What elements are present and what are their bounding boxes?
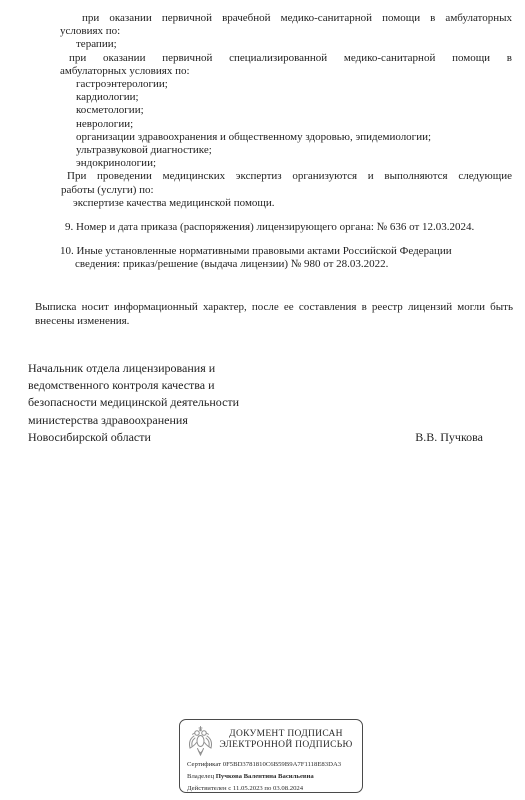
- stamp-certificate-row: Сертификат 0F5BD3781810C6B59B9A7F1118E83…: [187, 759, 358, 771]
- activity-line: эндокринологии;: [60, 157, 512, 170]
- activity-line: экспертизе качества медицинской помощи.: [60, 197, 512, 210]
- item-10-line-2: сведения: приказ/решение (выдача лицензи…: [75, 258, 512, 271]
- electronic-signature-stamp: ДОКУМЕНТ ПОДПИСАН ЭЛЕКТРОННОЙ ПОДПИСЬЮ С…: [179, 719, 363, 793]
- note-line-1: Выписка носит информационный характер, п…: [35, 301, 513, 315]
- signer-title-line: Начальник отдела лицензирования и: [28, 360, 483, 377]
- stamp-header: ДОКУМЕНТ ПОДПИСАН ЭЛЕКТРОННОЙ ПОДПИСЬЮ: [180, 720, 362, 757]
- stamp-details: Сертификат 0F5BD3781810C6B59B9A7F1118E83…: [180, 757, 362, 796]
- scanned-license-page: при оказании первичной врачебной медико-…: [0, 0, 525, 800]
- activity-line: терапии;: [60, 38, 512, 51]
- signer-title-line: министерства здравоохранения: [28, 412, 483, 429]
- certificate-label: Сертификат: [187, 761, 221, 768]
- signer-name: В.В. Пучкова: [415, 429, 483, 446]
- note-line-2: внесены изменения.: [35, 315, 513, 329]
- owner-name: Пучкова Валентина Васильевна: [216, 773, 314, 780]
- activity-line: гастроэнтерологии;: [60, 78, 512, 91]
- signature-row: Новосибирской области В.В. Пучкова: [28, 429, 483, 446]
- activity-line: При проведении медицинских экспертиз орг…: [60, 170, 512, 183]
- activity-line: работы (услуги) по:: [60, 184, 512, 197]
- signer-title-line: ведомственного контроля качества и: [28, 377, 483, 394]
- activity-line: условиях по:: [60, 25, 512, 38]
- signature-block: Начальник отдела лицензирования и ведомс…: [28, 360, 483, 446]
- item-9-order-number: 9. Номер и дата приказа (распоряжения) л…: [65, 221, 515, 234]
- activity-line: при оказании первичной врачебной медико-…: [60, 12, 512, 25]
- owner-label: Владелец: [187, 773, 214, 780]
- stamp-title-line-2: ЭЛЕКТРОННОЙ ПОДПИСЬЮ: [214, 740, 358, 751]
- item-10-other-info: 10. Иные установленные нормативными прав…: [60, 245, 512, 271]
- activity-line: ультразвуковой диагностике;: [60, 144, 512, 157]
- signer-title-line: безопасности медицинской деятельности: [28, 394, 483, 411]
- item-10-line-1: 10. Иные установленные нормативными прав…: [60, 245, 512, 258]
- certificate-value: 0F5BD3781810C6B59B9A7F1118E83DA3: [223, 761, 341, 768]
- license-activities-section: при оказании первичной врачебной медико-…: [60, 12, 512, 210]
- stamp-title-line-1: ДОКУМЕНТ ПОДПИСАН: [214, 729, 358, 740]
- activity-line: неврологии;: [60, 118, 512, 131]
- activity-line: косметологии;: [60, 104, 512, 117]
- informational-note: Выписка носит информационный характер, п…: [35, 301, 513, 328]
- russian-coat-of-arms-icon: [187, 725, 214, 763]
- activity-line: кардиологии;: [60, 91, 512, 104]
- stamp-owner-row: Владелец Пучкова Валентина Васильевна: [187, 771, 358, 783]
- activity-line: организации здравоохранения и общественн…: [60, 131, 512, 144]
- activity-line: при оказании первичной специализированно…: [60, 52, 512, 65]
- signer-title-line: Новосибирской области: [28, 429, 151, 446]
- stamp-validity-row: Действителен с 11.05.2023 по 03.08.2024: [187, 783, 358, 795]
- activity-line: амбулаторных условиях по:: [60, 65, 512, 78]
- stamp-title: ДОКУМЕНТ ПОДПИСАН ЭЛЕКТРОННОЙ ПОДПИСЬЮ: [214, 724, 358, 750]
